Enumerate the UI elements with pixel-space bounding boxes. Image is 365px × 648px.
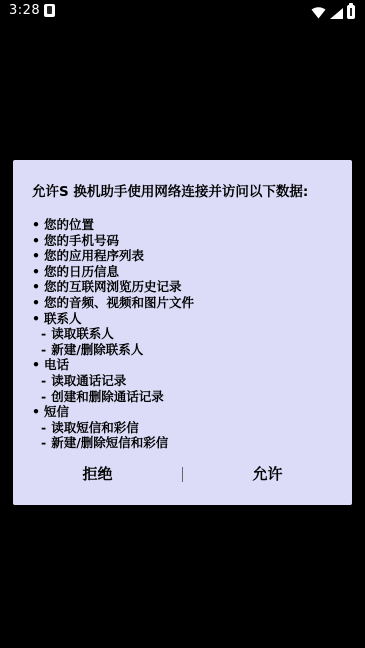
dash-icon: - — [41, 342, 46, 358]
dash-icon: - — [41, 435, 46, 451]
list-item: -读取联系人 — [32, 326, 342, 342]
permission-label: 读取联系人 — [51, 326, 114, 342]
permission-label: 新建/删除联系人 — [51, 342, 143, 358]
dash-icon: - — [41, 389, 46, 405]
bullet-icon: • — [32, 264, 40, 280]
phone-screen: 3:28 允许S 换机助手使用网络连接并访问以下数据: •您的位置 •您的手机号… — [0, 0, 365, 648]
app-notification-icon — [44, 4, 55, 17]
dash-icon: - — [41, 326, 46, 342]
dash-icon: - — [41, 373, 46, 389]
bullet-icon: • — [32, 217, 40, 233]
list-item: •您的手机号码 — [32, 233, 342, 249]
allow-button[interactable]: 允许 — [183, 458, 352, 490]
permission-label: 读取通话记录 — [51, 373, 126, 389]
bullet-icon: • — [32, 311, 40, 327]
cellular-signal-icon — [330, 8, 343, 19]
permission-label: 创建和删除通话记录 — [51, 389, 164, 405]
permission-label: 读取短信和彩信 — [51, 420, 139, 436]
list-item: -读取短信和彩信 — [32, 420, 342, 436]
bullet-icon: • — [32, 248, 40, 264]
permission-label: 您的应用程序列表 — [44, 248, 144, 264]
wifi-icon — [311, 7, 326, 19]
dialog-button-row: 拒绝 允许 — [13, 458, 352, 490]
bullet-icon: • — [32, 279, 40, 295]
bullet-icon: • — [32, 357, 40, 373]
status-bar-right — [311, 3, 355, 19]
list-item: •您的互联网浏览历史记录 — [32, 279, 342, 295]
list-item: -创建和删除通话记录 — [32, 389, 342, 405]
list-item: •联系人 — [32, 311, 342, 327]
permission-label: 您的音频、视频和图片文件 — [44, 295, 194, 311]
permission-label: 您的日历信息 — [44, 264, 119, 280]
permission-label: 新建/删除短信和彩信 — [51, 435, 168, 451]
permission-label: 短信 — [44, 404, 69, 420]
list-item: •您的日历信息 — [32, 264, 342, 280]
permission-label: 联系人 — [44, 311, 82, 327]
list-item: •您的音频、视频和图片文件 — [32, 295, 342, 311]
list-item: -新建/删除联系人 — [32, 342, 342, 358]
list-item: •短信 — [32, 404, 342, 420]
list-item: •您的位置 — [32, 217, 342, 233]
list-item: •电话 — [32, 357, 342, 373]
permission-dialog: 允许S 换机助手使用网络连接并访问以下数据: •您的位置 •您的手机号码 •您的… — [13, 160, 352, 505]
permission-label: 您的位置 — [44, 217, 94, 233]
status-bar: 3:28 — [0, 0, 365, 22]
dash-icon: - — [41, 420, 46, 436]
permission-label: 电话 — [44, 357, 69, 373]
clock: 3:28 — [9, 3, 40, 18]
dialog-title: 允许S 换机助手使用网络连接并访问以下数据: — [32, 184, 338, 201]
permission-list: •您的位置 •您的手机号码 •您的应用程序列表 •您的日历信息 •您的互联网浏览… — [32, 217, 342, 451]
bullet-icon: • — [32, 404, 40, 420]
deny-button[interactable]: 拒绝 — [13, 458, 182, 490]
bullet-icon: • — [32, 295, 40, 311]
list-item: •您的应用程序列表 — [32, 248, 342, 264]
permission-label: 您的互联网浏览历史记录 — [44, 279, 182, 295]
list-item: -新建/删除短信和彩信 — [32, 435, 342, 451]
bullet-icon: • — [32, 233, 40, 249]
list-item: -读取通话记录 — [32, 373, 342, 389]
permission-label: 您的手机号码 — [44, 233, 119, 249]
battery-icon — [347, 5, 355, 19]
